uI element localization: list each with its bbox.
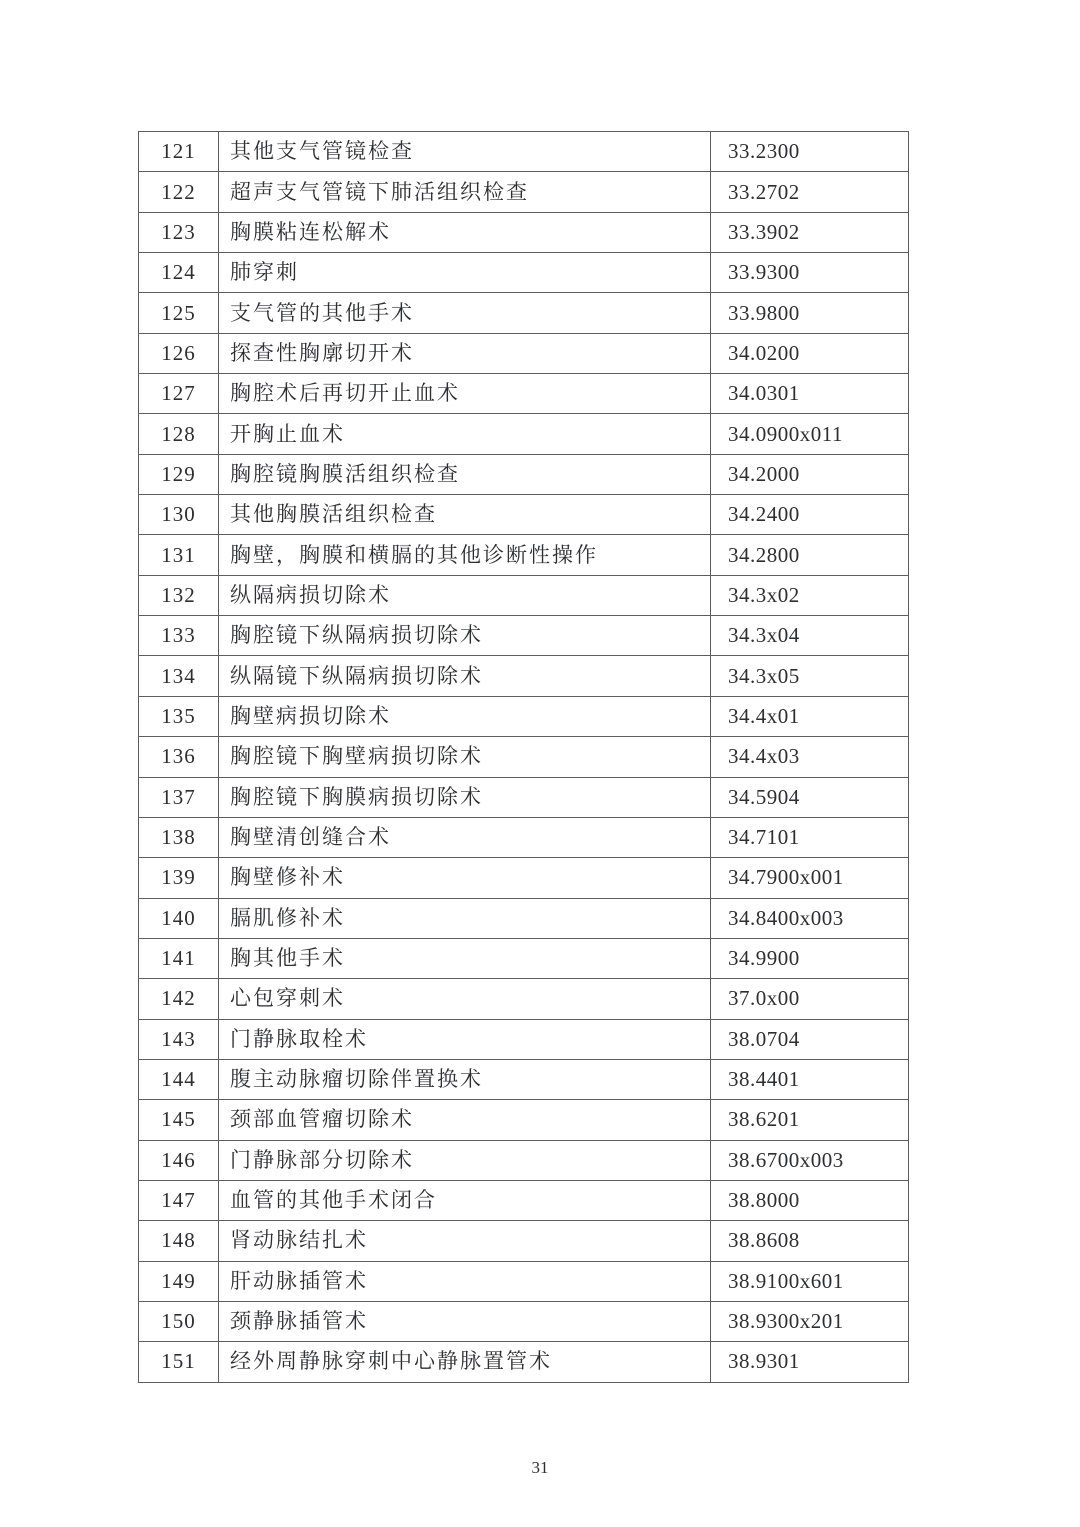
row-number-cell: 149 (139, 1261, 219, 1301)
table-row: 126探查性胸廓切开术34.0200 (139, 333, 909, 373)
row-number-cell: 144 (139, 1059, 219, 1099)
row-number-cell: 126 (139, 333, 219, 373)
row-number-cell: 140 (139, 898, 219, 938)
procedure-code-table: 121其他支气管镜检查33.2300122超声支气管镜下肺活组织检查33.270… (138, 131, 909, 1383)
table-row: 148肾动脉结扎术38.8608 (139, 1221, 909, 1261)
procedure-code-cell: 38.4401 (711, 1059, 909, 1099)
row-number-cell: 124 (139, 253, 219, 293)
procedure-name-cell: 颈部血管瘤切除术 (219, 1100, 711, 1140)
procedure-code-cell: 34.4x01 (711, 696, 909, 736)
procedure-code-cell: 34.0200 (711, 333, 909, 373)
procedure-name-cell: 颈静脉插管术 (219, 1301, 711, 1341)
procedure-code-cell: 34.3x02 (711, 575, 909, 615)
row-number-cell: 123 (139, 212, 219, 252)
procedure-name-cell: 胸腔术后再切开止血术 (219, 374, 711, 414)
procedure-code-cell: 38.8608 (711, 1221, 909, 1261)
document-page: 121其他支气管镜检查33.2300122超声支气管镜下肺活组织检查33.270… (0, 0, 1080, 1527)
row-number-cell: 142 (139, 979, 219, 1019)
table-row: 146门静脉部分切除术38.6700x003 (139, 1140, 909, 1180)
procedure-code-cell: 33.9300 (711, 253, 909, 293)
row-number-cell: 135 (139, 696, 219, 736)
procedure-code-cell: 34.0301 (711, 374, 909, 414)
table-row: 121其他支气管镜检查33.2300 (139, 132, 909, 172)
procedure-code-cell: 37.0x00 (711, 979, 909, 1019)
procedure-name-cell: 血管的其他手术闭合 (219, 1180, 711, 1220)
procedure-name-cell: 胸腔镜下胸膜病损切除术 (219, 777, 711, 817)
row-number-cell: 132 (139, 575, 219, 615)
procedure-name-cell: 胸壁清创缝合术 (219, 817, 711, 857)
procedure-name-cell: 其他胸膜活组织检查 (219, 495, 711, 535)
table-row: 136胸腔镜下胸壁病损切除术34.4x03 (139, 737, 909, 777)
table-row: 123胸膜粘连松解术33.3902 (139, 212, 909, 252)
row-number-cell: 151 (139, 1342, 219, 1382)
row-number-cell: 137 (139, 777, 219, 817)
procedure-code-cell: 38.6201 (711, 1100, 909, 1140)
procedure-code-cell: 34.8400x003 (711, 898, 909, 938)
table-row: 125支气管的其他手术33.9800 (139, 293, 909, 333)
table-row: 142心包穿刺术37.0x00 (139, 979, 909, 1019)
procedure-code-cell: 38.9300x201 (711, 1301, 909, 1341)
procedure-name-cell: 膈肌修补术 (219, 898, 711, 938)
table-row: 127胸腔术后再切开止血术34.0301 (139, 374, 909, 414)
table-row: 124肺穿刺33.9300 (139, 253, 909, 293)
table-row: 145颈部血管瘤切除术38.6201 (139, 1100, 909, 1140)
table-row: 137胸腔镜下胸膜病损切除术34.5904 (139, 777, 909, 817)
procedure-code-cell: 34.5904 (711, 777, 909, 817)
procedure-name-cell: 超声支气管镜下肺活组织检查 (219, 172, 711, 212)
row-number-cell: 133 (139, 616, 219, 656)
procedure-code-cell: 34.7900x001 (711, 858, 909, 898)
table-row: 129胸腔镜胸膜活组织检查34.2000 (139, 454, 909, 494)
procedure-code-cell: 34.3x04 (711, 616, 909, 656)
row-number-cell: 131 (139, 535, 219, 575)
procedure-name-cell: 腹主动脉瘤切除伴置换术 (219, 1059, 711, 1099)
procedure-name-cell: 胸膜粘连松解术 (219, 212, 711, 252)
table-row: 141胸其他手术34.9900 (139, 938, 909, 978)
procedure-code-cell: 33.3902 (711, 212, 909, 252)
procedure-code-cell: 38.8000 (711, 1180, 909, 1220)
table-row: 122超声支气管镜下肺活组织检查33.2702 (139, 172, 909, 212)
row-number-cell: 145 (139, 1100, 219, 1140)
procedure-name-cell: 胸腔镜下纵隔病损切除术 (219, 616, 711, 656)
table-row: 149肝动脉插管术38.9100x601 (139, 1261, 909, 1301)
procedure-name-cell: 心包穿刺术 (219, 979, 711, 1019)
procedure-table-body: 121其他支气管镜检查33.2300122超声支气管镜下肺活组织检查33.270… (139, 132, 909, 1383)
procedure-name-cell: 肺穿刺 (219, 253, 711, 293)
procedure-code-cell: 34.0900x011 (711, 414, 909, 454)
procedure-name-cell: 纵隔病损切除术 (219, 575, 711, 615)
procedure-name-cell: 纵隔镜下纵隔病损切除术 (219, 656, 711, 696)
row-number-cell: 139 (139, 858, 219, 898)
procedure-name-cell: 门静脉部分切除术 (219, 1140, 711, 1180)
procedure-code-cell: 33.9800 (711, 293, 909, 333)
row-number-cell: 128 (139, 414, 219, 454)
procedure-code-cell: 38.0704 (711, 1019, 909, 1059)
procedure-code-cell: 34.7101 (711, 817, 909, 857)
procedure-name-cell: 其他支气管镜检查 (219, 132, 711, 172)
row-number-cell: 122 (139, 172, 219, 212)
table-row: 143门静脉取栓术38.0704 (139, 1019, 909, 1059)
procedure-code-cell: 34.2000 (711, 454, 909, 494)
table-row: 150颈静脉插管术38.9300x201 (139, 1301, 909, 1341)
row-number-cell: 146 (139, 1140, 219, 1180)
row-number-cell: 150 (139, 1301, 219, 1341)
procedure-name-cell: 胸壁修补术 (219, 858, 711, 898)
row-number-cell: 134 (139, 656, 219, 696)
procedure-name-cell: 探查性胸廓切开术 (219, 333, 711, 373)
procedure-name-cell: 肾动脉结扎术 (219, 1221, 711, 1261)
row-number-cell: 130 (139, 495, 219, 535)
table-row: 134纵隔镜下纵隔病损切除术34.3x05 (139, 656, 909, 696)
table-row: 128开胸止血术34.0900x011 (139, 414, 909, 454)
table-row: 144腹主动脉瘤切除伴置换术38.4401 (139, 1059, 909, 1099)
row-number-cell: 136 (139, 737, 219, 777)
procedure-name-cell: 胸壁病损切除术 (219, 696, 711, 736)
procedure-name-cell: 经外周静脉穿刺中心静脉置管术 (219, 1342, 711, 1382)
row-number-cell: 147 (139, 1180, 219, 1220)
row-number-cell: 148 (139, 1221, 219, 1261)
table-row: 132纵隔病损切除术34.3x02 (139, 575, 909, 615)
procedure-code-cell: 38.9301 (711, 1342, 909, 1382)
page-number: 31 (0, 1458, 1080, 1478)
procedure-name-cell: 肝动脉插管术 (219, 1261, 711, 1301)
procedure-name-cell: 胸腔镜下胸壁病损切除术 (219, 737, 711, 777)
row-number-cell: 138 (139, 817, 219, 857)
row-number-cell: 141 (139, 938, 219, 978)
table-row: 130其他胸膜活组织检查34.2400 (139, 495, 909, 535)
procedure-code-cell: 34.4x03 (711, 737, 909, 777)
table-row: 135胸壁病损切除术34.4x01 (139, 696, 909, 736)
procedure-name-cell: 门静脉取栓术 (219, 1019, 711, 1059)
table-row: 131胸壁，胸膜和横膈的其他诊断性操作34.2800 (139, 535, 909, 575)
row-number-cell: 121 (139, 132, 219, 172)
procedure-name-cell: 胸腔镜胸膜活组织检查 (219, 454, 711, 494)
procedure-name-cell: 开胸止血术 (219, 414, 711, 454)
row-number-cell: 129 (139, 454, 219, 494)
procedure-code-cell: 38.9100x601 (711, 1261, 909, 1301)
table-row: 138胸壁清创缝合术34.7101 (139, 817, 909, 857)
table-row: 147血管的其他手术闭合38.8000 (139, 1180, 909, 1220)
procedure-code-cell: 34.9900 (711, 938, 909, 978)
row-number-cell: 143 (139, 1019, 219, 1059)
procedure-code-cell: 38.6700x003 (711, 1140, 909, 1180)
procedure-name-cell: 胸壁，胸膜和横膈的其他诊断性操作 (219, 535, 711, 575)
row-number-cell: 127 (139, 374, 219, 414)
table-row: 139胸壁修补术34.7900x001 (139, 858, 909, 898)
table-row: 140膈肌修补术34.8400x003 (139, 898, 909, 938)
procedure-code-cell: 34.2800 (711, 535, 909, 575)
procedure-name-cell: 胸其他手术 (219, 938, 711, 978)
procedure-code-cell: 33.2702 (711, 172, 909, 212)
table-row: 133胸腔镜下纵隔病损切除术34.3x04 (139, 616, 909, 656)
procedure-code-cell: 34.2400 (711, 495, 909, 535)
table-row: 151经外周静脉穿刺中心静脉置管术38.9301 (139, 1342, 909, 1382)
procedure-code-cell: 33.2300 (711, 132, 909, 172)
procedure-code-cell: 34.3x05 (711, 656, 909, 696)
procedure-name-cell: 支气管的其他手术 (219, 293, 711, 333)
row-number-cell: 125 (139, 293, 219, 333)
